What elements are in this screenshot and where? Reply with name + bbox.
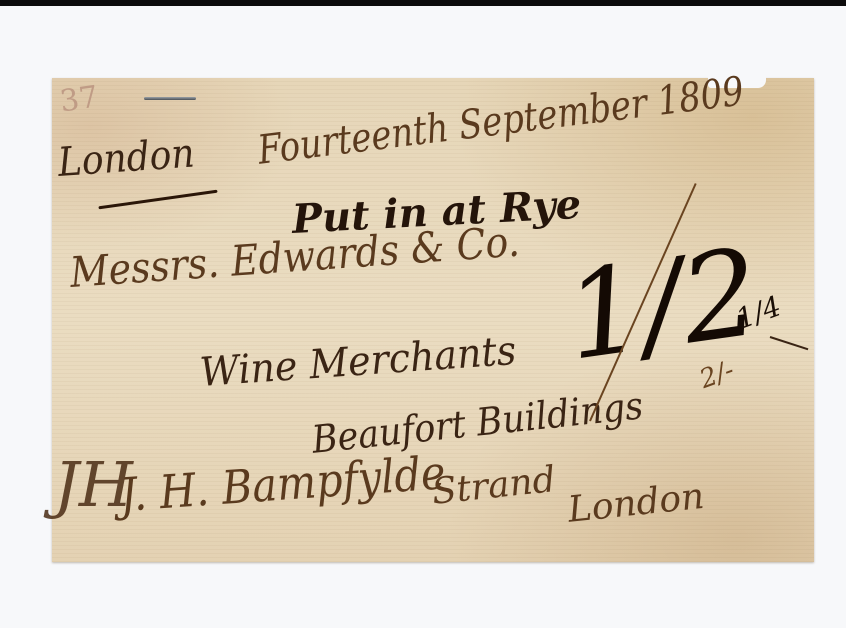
- origin-text: London: [56, 131, 196, 186]
- metal-pin: [144, 97, 196, 100]
- top-border: [0, 0, 846, 6]
- postmark-stamp: 37: [58, 80, 101, 120]
